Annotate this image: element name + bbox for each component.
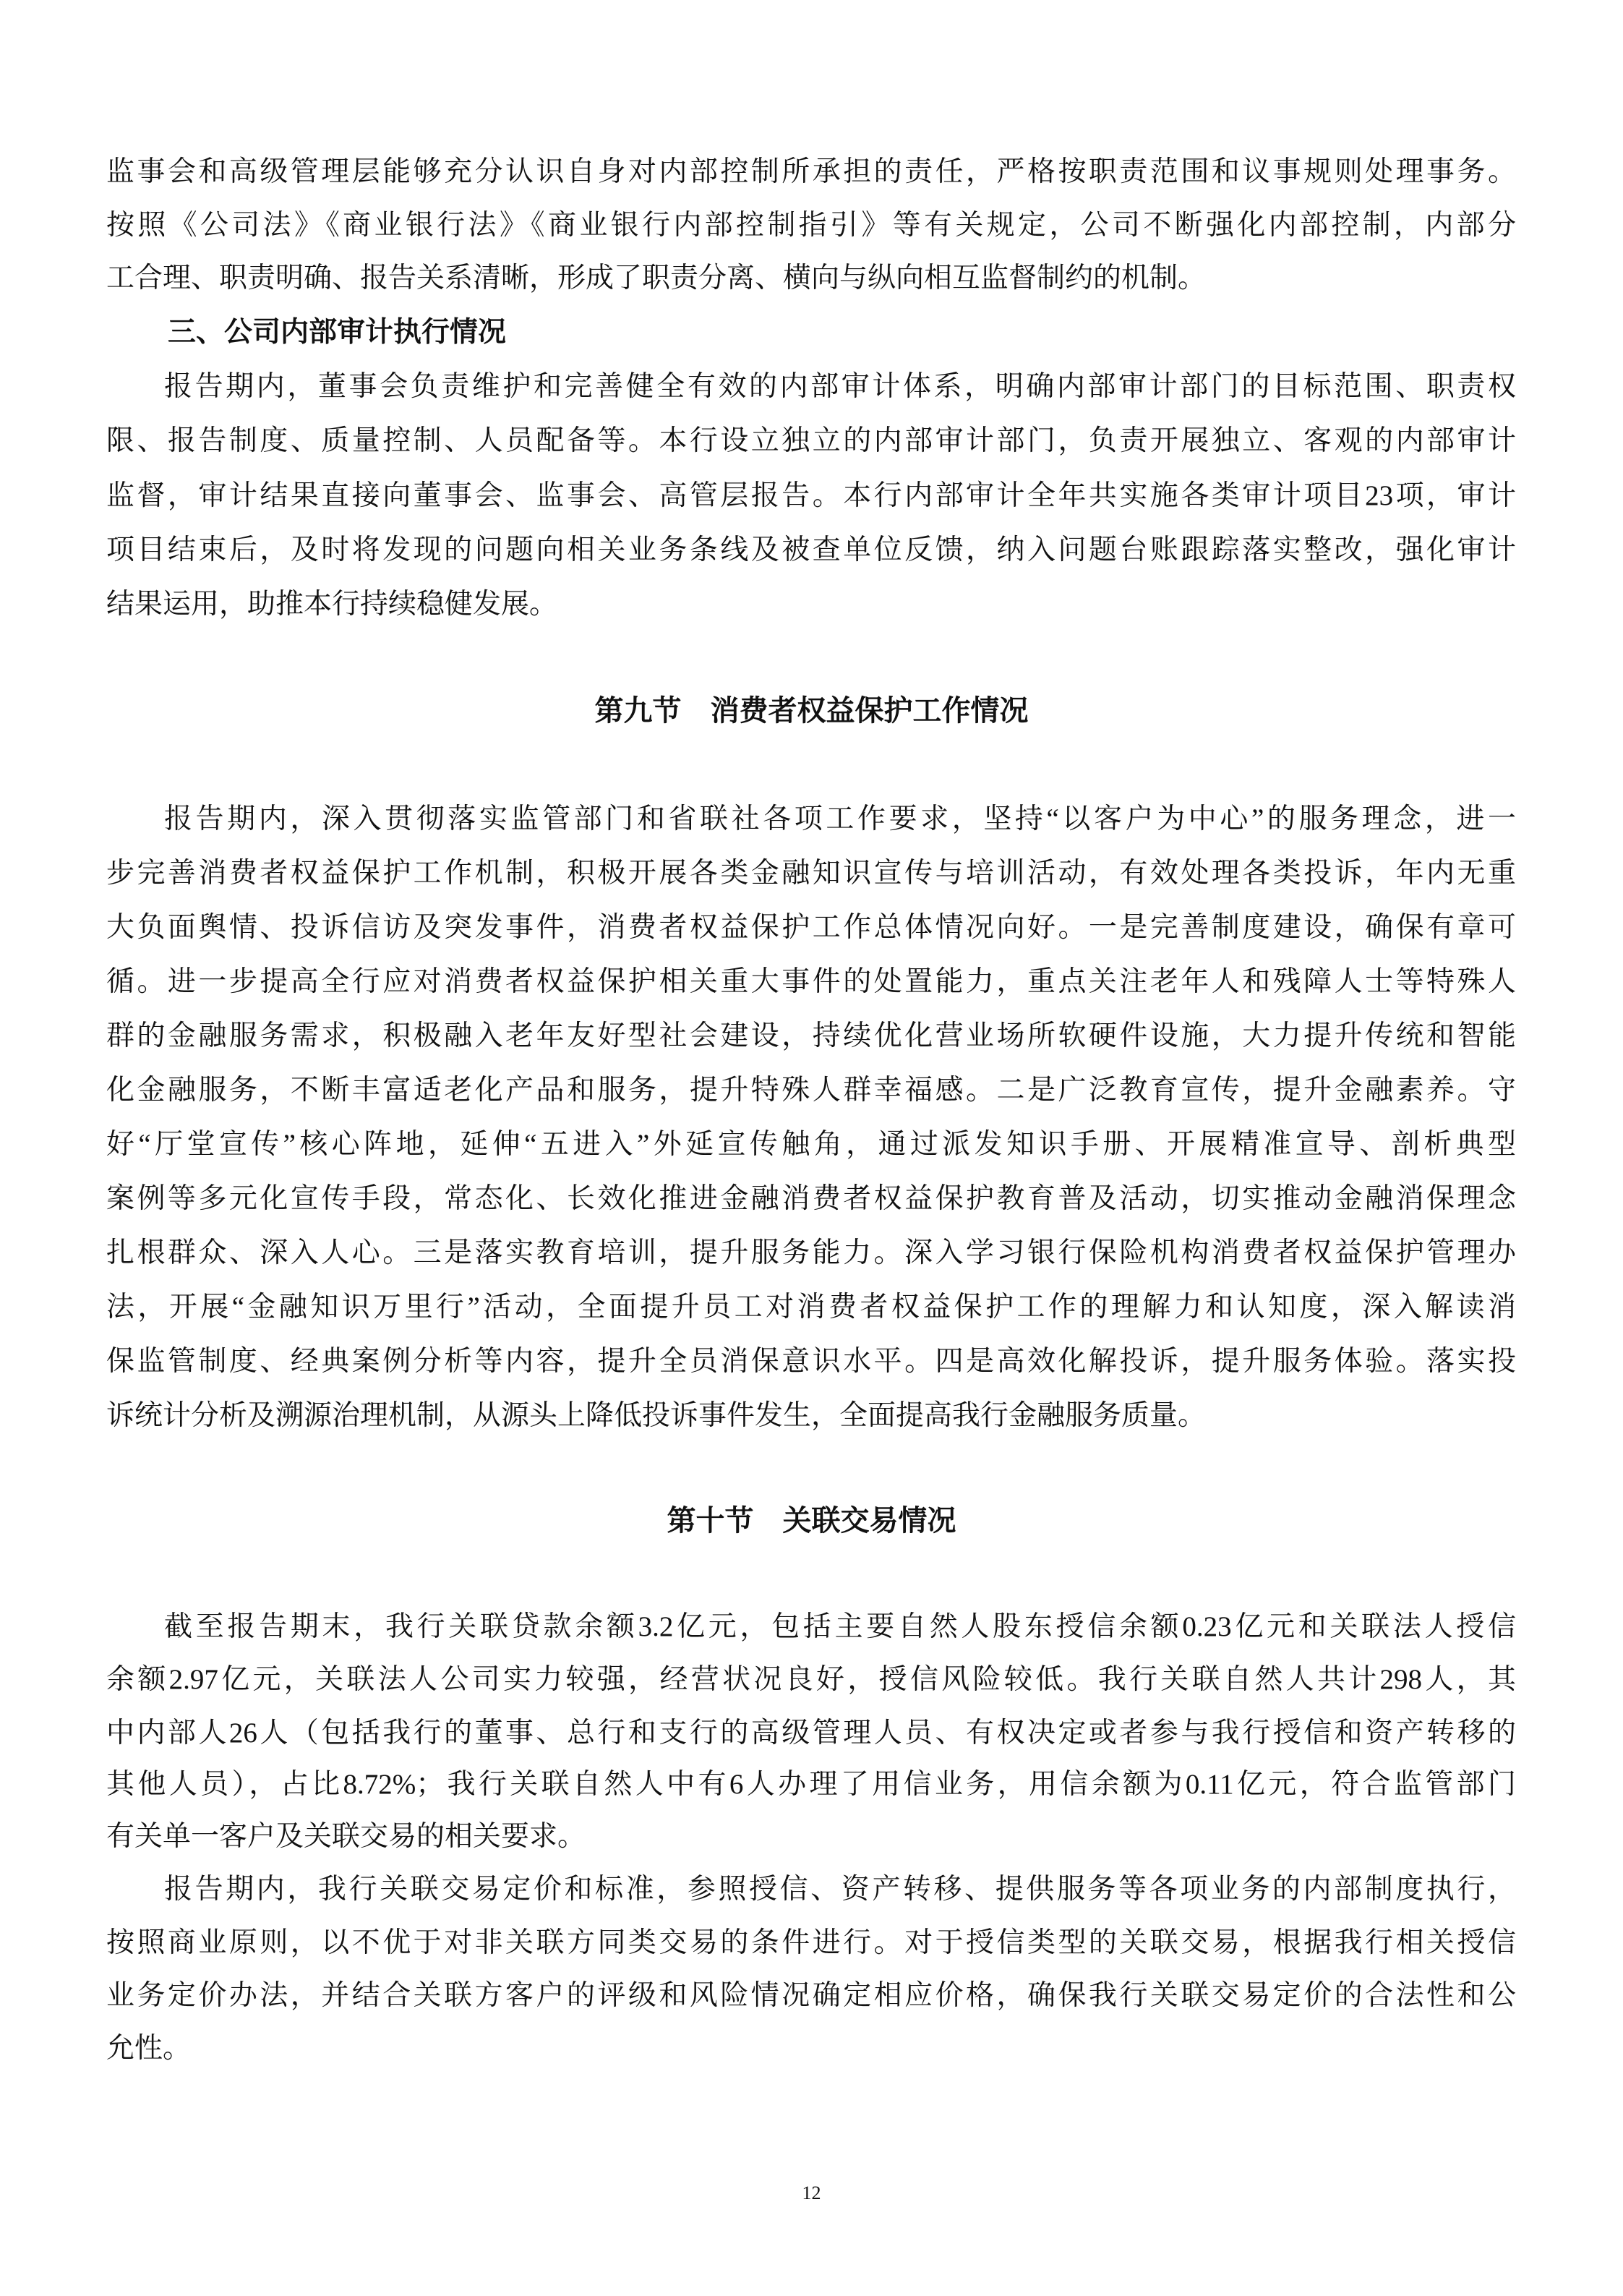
text-line: 群的金融服务需求，积极融入老年友好型社会建设，持续优化营业场所软硬件设施，大力提…: [106, 1015, 1516, 1058]
text-line: 大负面舆情、投诉信访及突发事件，消费者权益保护工作总体情况向好。一是完善制度建设…: [106, 906, 1516, 949]
text-line: 监督，审计结果直接向董事会、监事会、高管层报告。本行内部审计全年共实施各类审计项…: [106, 474, 1516, 518]
text-line: 截至报告期末，我行关联贷款余额3.2亿元，包括主要自然人股东授信余额0.23亿元…: [164, 1605, 1516, 1649]
text-line: 报告期内，我行关联交易定价和标准，参照授信、资产转移、提供服务等各项业务的内部制…: [164, 1868, 1516, 1911]
text-line: 扎根群众、深入人心。三是落实教育培训，提升服务能力。深入学习银行保险机构消费者权…: [106, 1232, 1516, 1275]
text-line: 步完善消费者权益保护工作机制，积极开展各类金融知识宣传与培训活动，有效处理各类投…: [106, 852, 1516, 895]
page-number: 12: [0, 2180, 1623, 2206]
section-heading-related-transactions: 第十节 关联交易情况: [0, 1499, 1623, 1542]
text-line: 按照《公司法》《商业银行法》《商业银行内部控制指引》等有关规定，公司不断强化内部…: [106, 204, 1516, 247]
section-heading-consumer-protection: 第九节 消费者权益保护工作情况: [0, 689, 1623, 733]
text-line: 工合理、职责明确、报告关系清晰，形成了职责分离、横向与纵向相互监督制约的机制。: [106, 257, 1516, 300]
text-line: 案例等多元化宣传手段，常态化、长效化推进金融消费者权益保护教育普及活动，切实推动…: [106, 1177, 1516, 1221]
text-line: 化金融服务，不断丰富适老化产品和服务，提升特殊人群幸福感。二是广泛教育宣传，提升…: [106, 1069, 1516, 1112]
text-line: 中内部人26人（包括我行的董事、总行和支行的高级管理人员、有权决定或者参与我行授…: [106, 1712, 1516, 1755]
text-line: 结果运用，助推本行持续稳健发展。: [106, 583, 1516, 626]
text-line: 监事会和高级管理层能够充分认识自身对内部控制所承担的责任，严格按职责范围和议事规…: [106, 150, 1516, 194]
text-line: 好“厅堂宣传”核心阵地，延伸“五进入”外延宣传触角，通过派发知识手册、开展精准宣…: [106, 1123, 1516, 1166]
text-line: 余额2.97亿元，关联法人公司实力较强，经营状况良好，授信风险较低。我行关联自然…: [106, 1658, 1516, 1702]
text-line: 法，开展“金融知识万里行”活动，全面提升员工对消费者权益保护工作的理解力和认知度…: [106, 1286, 1516, 1329]
text-line: 其他人员），占比8.72%；我行关联自然人中有6人办理了用信业务，用信余额为0.…: [106, 1763, 1516, 1806]
text-line: 限、报告制度、质量控制、人员配备等。本行设立独立的内部审计部门，负责开展独立、客…: [106, 419, 1516, 463]
text-line: 按照商业原则，以不优于对非关联方同类交易的条件进行。对于授信类型的关联交易，根据…: [106, 1921, 1516, 1965]
subsection-heading-internal-audit: 三、公司内部审计执行情况: [168, 311, 506, 354]
text-line: 报告期内，董事会负责维护和完善健全有效的内部审计体系，明确内部审计部门的目标范围…: [164, 365, 1516, 409]
document-page: 监事会和高级管理层能够充分认识自身对内部控制所承担的责任，严格按职责范围和议事规…: [0, 0, 1623, 2296]
text-line: 业务定价办法，并结合关联方客户的评级和风险情况确定相应价格，确保我行关联交易定价…: [106, 1974, 1516, 2018]
text-line: 有关单一客户及关联交易的相关要求。: [106, 1815, 1516, 1858]
text-line: 循。进一步提高全行应对消费者权益保护相关重大事件的处置能力，重点关注老年人和残障…: [106, 960, 1516, 1004]
text-line: 项目结束后，及时将发现的问题向相关业务条线及被查单位反馈，纳入问题台账跟踪落实整…: [106, 529, 1516, 572]
text-line: 保监管制度、经典案例分析等内容，提升全员消保意识水平。四是高效化解投诉，提升服务…: [106, 1340, 1516, 1383]
text-line: 报告期内，深入贯彻落实监管部门和省联社各项工作要求，坚持“以客户为中心”的服务理…: [164, 798, 1516, 841]
text-line: 诉统计分析及溯源治理机制，从源头上降低投诉事件发生，全面提高我行金融服务质量。: [106, 1394, 1516, 1438]
text-line: 允性。: [106, 2027, 1516, 2070]
